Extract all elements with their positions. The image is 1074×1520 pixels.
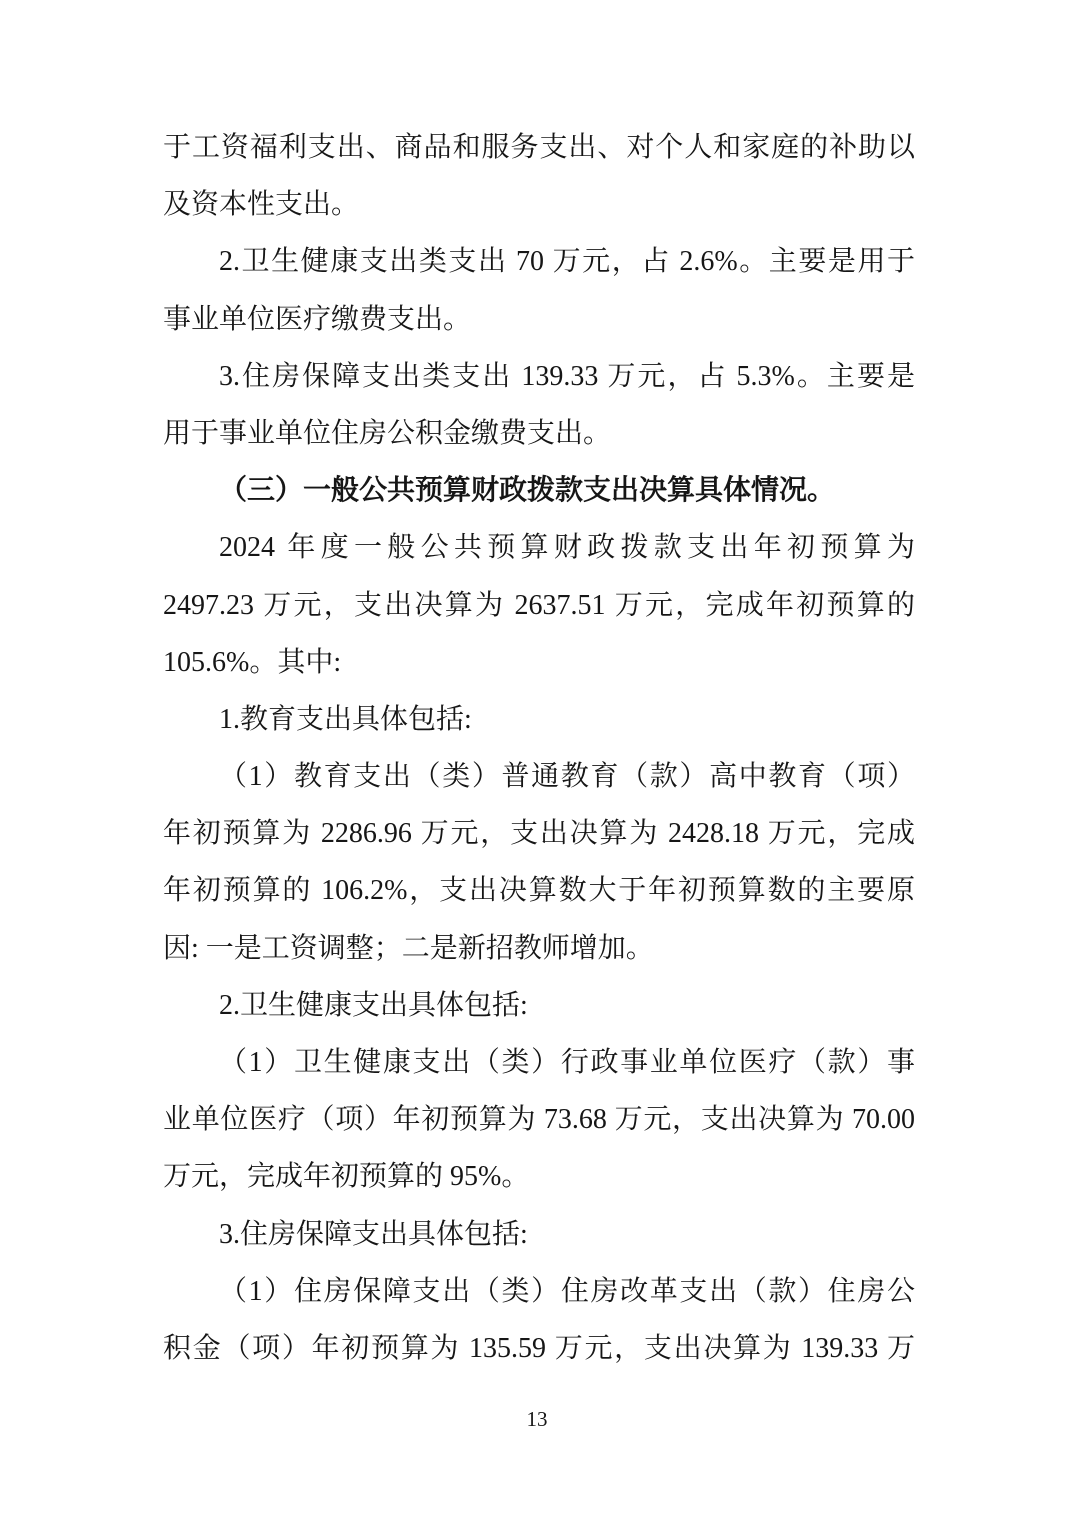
text-line: 因: 一是工资调整；二是新招教师增加。 [163,920,915,977]
paragraph: 2024 年度一般公共预算财政拨款支出年初预算为2497.23 万元，支出决算为… [163,519,915,691]
document-page: 于工资福利支出、商品和服务支出、对个人和家庭的补助以及资本性支出。2.卫生健康支… [0,0,1074,1520]
text-line: 2.卫生健康支出具体包括: [163,977,915,1034]
text-line: 1.教育支出具体包括: [163,691,915,748]
text-line: 2024 年度一般公共预算财政拨款支出年初预算为 [163,519,915,576]
text-line: 于工资福利支出、商品和服务支出、对个人和家庭的补助以 [163,119,915,176]
section-heading: （三）一般公共预算财政拨款支出决算具体情况。 [163,462,915,519]
text-line: 业单位医疗（项）年初预算为 73.68 万元，支出决算为 70.00 [163,1091,915,1148]
paragraph: 于工资福利支出、商品和服务支出、对个人和家庭的补助以及资本性支出。 [163,119,915,233]
text-line: 积金（项）年初预算为 135.59 万元，支出决算为 139.33 万 [163,1320,915,1377]
text-line: （三）一般公共预算财政拨款支出决算具体情况。 [163,462,915,519]
paragraph: 1.教育支出具体包括: [163,691,915,748]
text-line: 年初预算的 106.2%，支出决算数大于年初预算数的主要原 [163,862,915,919]
text-line: 3.住房保障支出具体包括: [163,1206,915,1263]
text-line: （1）卫生健康支出（类）行政事业单位医疗（款）事 [163,1034,915,1091]
page-number: 13 [527,1407,548,1431]
text-line: （1）教育支出（类）普通教育（款）高中教育（项） [163,748,915,805]
text-line: 用于事业单位住房公积金缴费支出。 [163,405,915,462]
document-body: 于工资福利支出、商品和服务支出、对个人和家庭的补助以及资本性支出。2.卫生健康支… [163,119,915,1377]
text-line: 2497.23 万元，支出决算为 2637.51 万元，完成年初预算的 [163,577,915,634]
text-line: 3.住房保障支出类支出 139.33 万元，占 5.3%。主要是 [163,348,915,405]
paragraph: （1）教育支出（类）普通教育（款）高中教育（项）年初预算为 2286.96 万元… [163,748,915,977]
text-line: 及资本性支出。 [163,176,915,233]
paragraph: 3.住房保障支出具体包括: [163,1206,915,1263]
paragraph: （1）卫生健康支出（类）行政事业单位医疗（款）事业单位医疗（项）年初预算为 73… [163,1034,915,1206]
paragraph: 2.卫生健康支出类支出 70 万元，占 2.6%。主要是用于事业单位医疗缴费支出… [163,233,915,347]
page-footer: 13 [0,1406,1074,1432]
paragraph: 3.住房保障支出类支出 139.33 万元，占 5.3%。主要是用于事业单位住房… [163,348,915,462]
text-line: 2.卫生健康支出类支出 70 万元，占 2.6%。主要是用于 [163,233,915,290]
paragraph: （1）住房保障支出（类）住房改革支出（款）住房公积金（项）年初预算为 135.5… [163,1263,915,1377]
text-line: 105.6%。其中: [163,634,915,691]
text-line: 事业单位医疗缴费支出。 [163,291,915,348]
paragraph: 2.卫生健康支出具体包括: [163,977,915,1034]
text-line: 年初预算为 2286.96 万元，支出决算为 2428.18 万元，完成 [163,805,915,862]
text-line: 万元，完成年初预算的 95%。 [163,1148,915,1205]
text-line: （1）住房保障支出（类）住房改革支出（款）住房公 [163,1263,915,1320]
